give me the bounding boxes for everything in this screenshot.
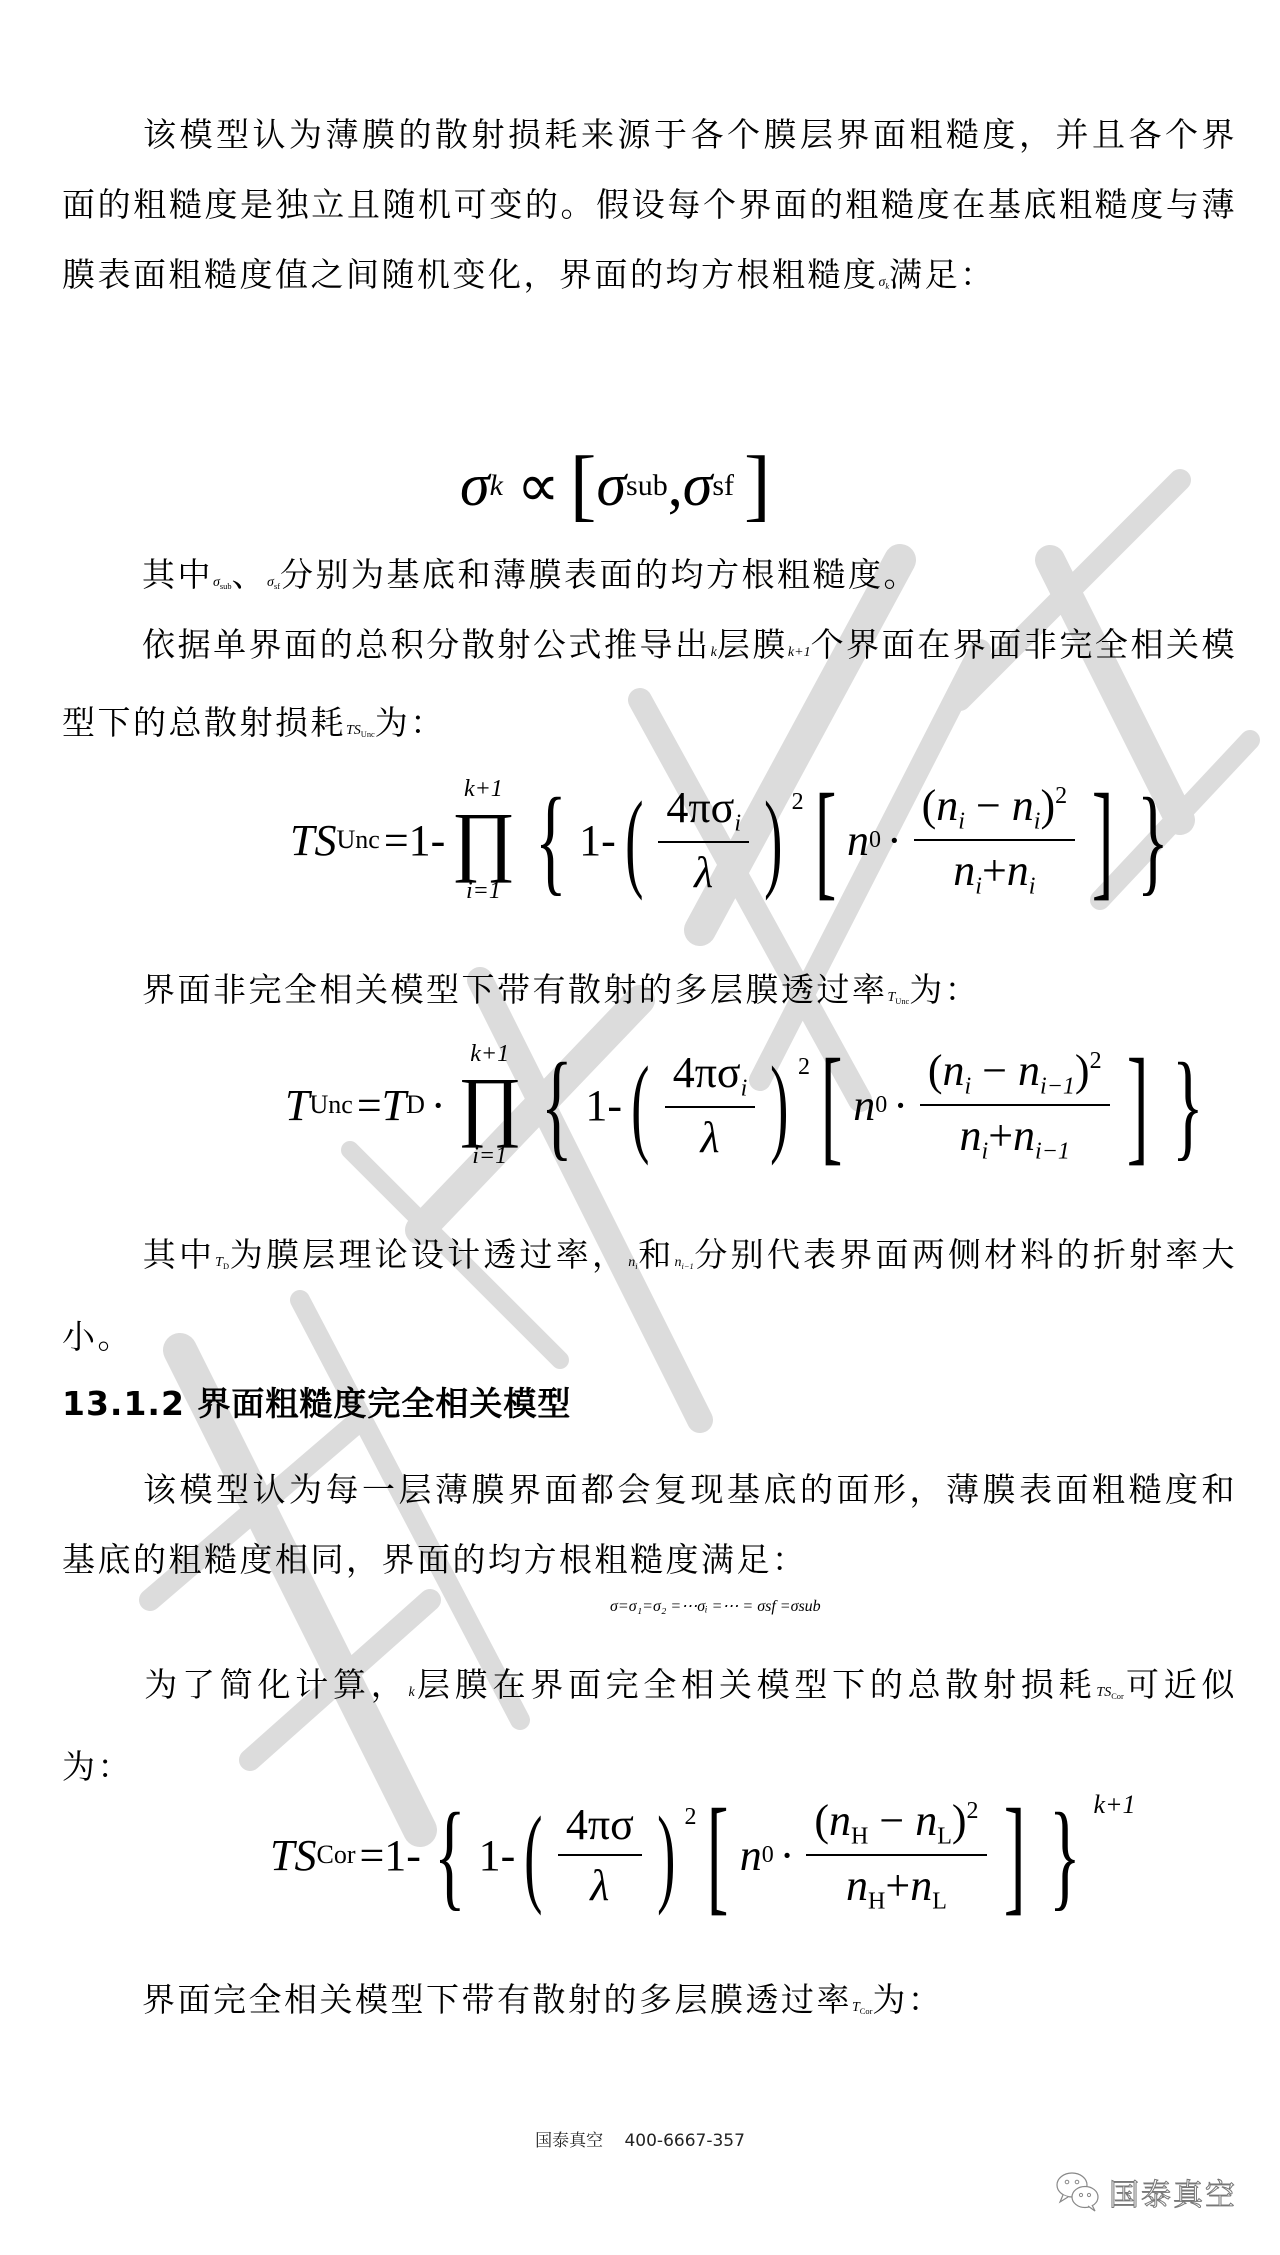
paragraph-ts-cor-intro: 为了简化计算，k层膜在界面完全相关模型下的总散射损耗TSCor可近似为： [62, 1650, 1237, 1802]
paragraph-cor-model-intro: 该模型认为每一层薄膜界面都会复现基底的面形，薄膜表面粗糙度和基底的粗糙度相同，界… [62, 1455, 1237, 1595]
paragraph-text: 满足： [889, 255, 996, 294]
equation-t-unc: TUnc = TD · k+1∏i=1 { 1- ( 4πσiλ )2 [ n0… [285, 1040, 1216, 1170]
paragraph-t-unc-intro: 界面非完全相关模型下带有散射的多层膜透过率TUnc为： [62, 955, 1237, 1037]
equation-ts-unc: TSUnc =1- k+1∏i=1 { 1- ( 4πσiλ )2 [ n0 ·… [290, 775, 1182, 905]
paragraph-td-definition: 其中TD为膜层理论设计透过率，ni和ni−1分别代表界面两侧材料的折射率大小。 [62, 1220, 1237, 1372]
equation-sigma-equal: σ=σ₁=σ₂ =⋯σᵢ =⋯ = σsf =σsub [610, 1596, 821, 1616]
paragraph-ts-unc-intro: 依据单界面的总积分散射公式推导出k层膜k+1个界面在界面非完全相关模型下的总散射… [62, 610, 1237, 770]
paragraph-intro: 该模型认为薄膜的散射损耗来源于各个膜层界面粗糙度，并且各个界面的粗糙度是独立且随… [62, 100, 1237, 322]
equation-sigma-range: σk ∝ [ σsub , σsf ] [460, 440, 771, 531]
equation-ts-cor: TSCor =1- { 1- ( 4πσλ )2 [ n0 · (nH − nL… [270, 1790, 1136, 1920]
footer-phone: 400-6667-357 [624, 2131, 744, 2151]
paragraph-text: 该模型认为薄膜的散射损耗来源于各个膜层界面粗糙度，并且各个界面的粗糙度是独立且随… [62, 115, 1237, 294]
document-page: 该模型认为薄膜的散射损耗来源于各个膜层界面粗糙度，并且各个界面的粗糙度是独立且随… [0, 0, 1280, 2255]
wechat-icon [1055, 2171, 1101, 2213]
inline-symbol: σk [879, 275, 890, 290]
logo-text: 国泰真空 [1109, 2170, 1237, 2214]
section-heading: 13.1.2 界面粗糙度完全相关模型 [62, 1378, 571, 1425]
page-footer: 国泰真空 400-6667-357 [0, 2126, 1280, 2151]
wechat-account-logo: 国泰真空 [1055, 2170, 1237, 2214]
footer-company: 国泰真空 [535, 2131, 603, 2151]
paragraph-t-cor-intro: 界面完全相关模型下带有散射的多层膜透过率TCor为： [62, 1965, 1237, 2047]
